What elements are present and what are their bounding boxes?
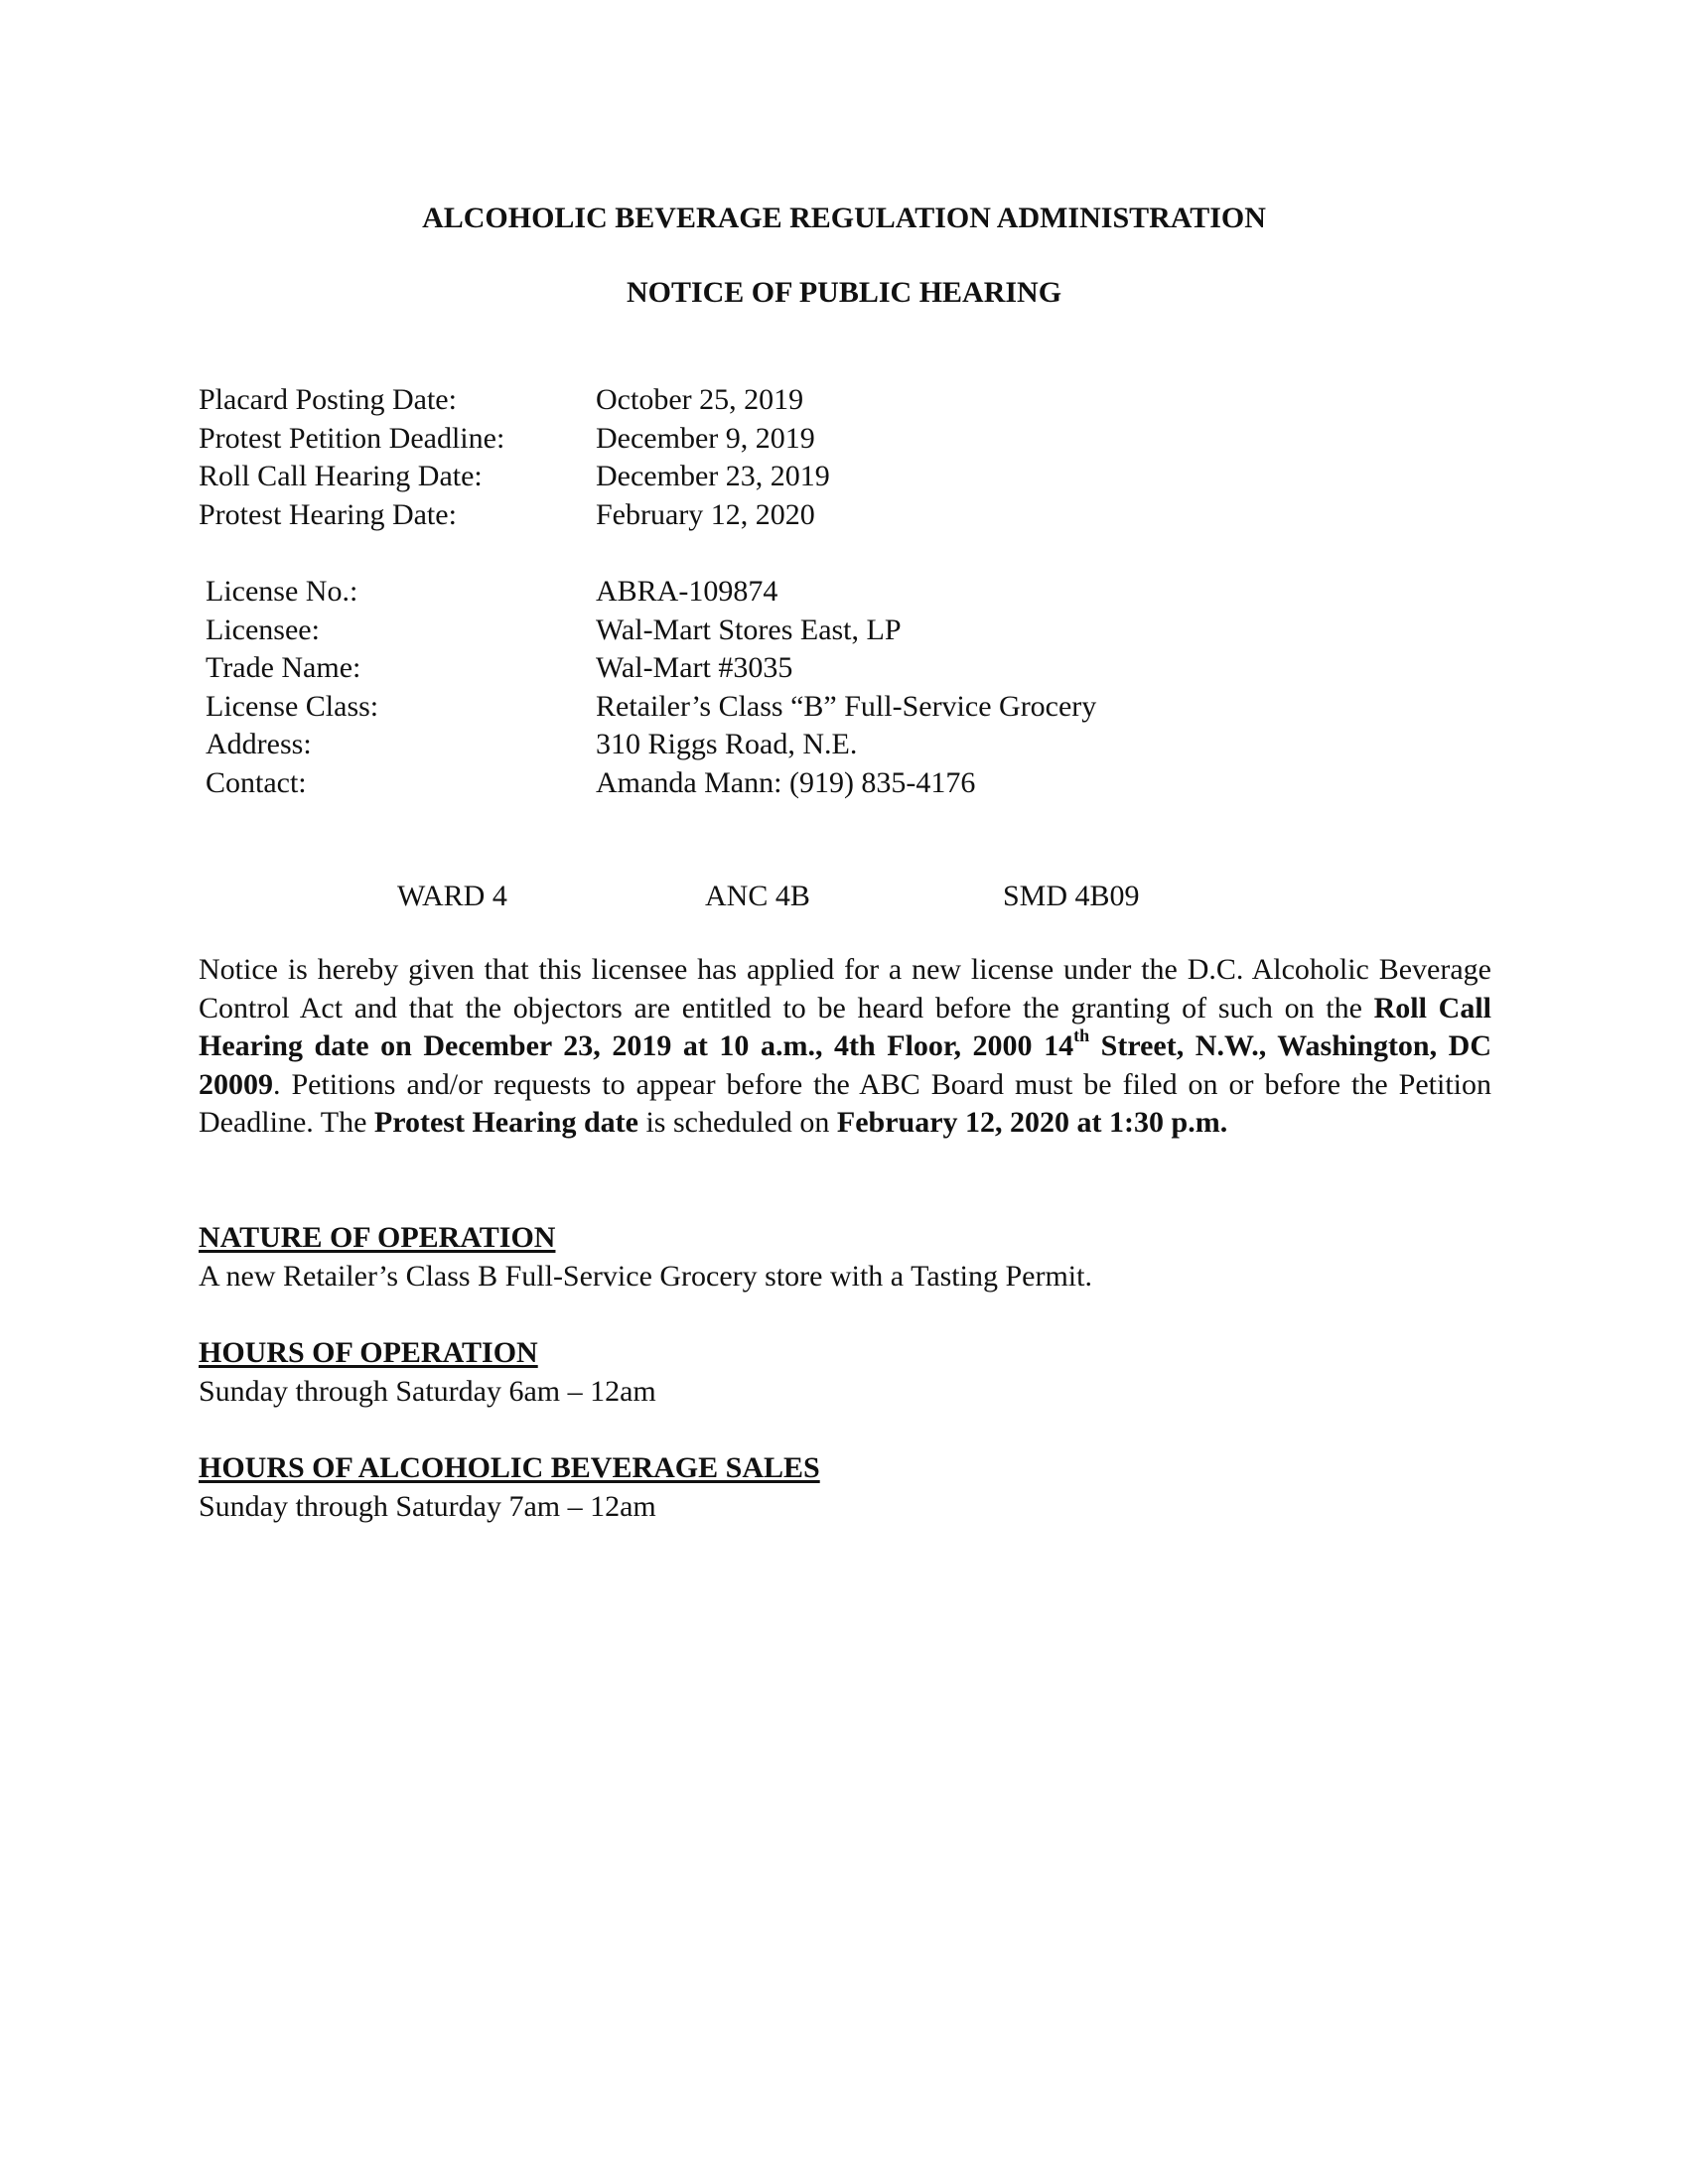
section-text: Sunday through Saturday 6am – 12am (199, 1373, 656, 1412)
ward-label: WARD 4 (397, 880, 507, 913)
section-text: A new Retailer’s Class B Full-Service Gr… (199, 1258, 1092, 1297)
hours-of-operation-section: HOURS OF OPERATION Sunday through Saturd… (199, 1334, 656, 1411)
date-value: February 12, 2020 (596, 496, 815, 535)
anc-label: ANC 4B (705, 880, 810, 913)
license-value: 310 Riggs Road, N.E. (596, 726, 857, 764)
date-value: October 25, 2019 (596, 381, 803, 420)
license-value: Wal-Mart Stores East, LP (596, 612, 902, 650)
license-label: Licensee: (206, 612, 320, 650)
license-value: ABRA-109874 (596, 573, 777, 612)
section-heading: HOURS OF OPERATION (199, 1334, 656, 1373)
date-value: December 9, 2019 (596, 420, 815, 459)
license-label: License No.: (206, 573, 357, 612)
smd-label: SMD 4B09 (1003, 880, 1140, 913)
license-value: Amanda Mann: (919) 835-4176 (596, 764, 975, 803)
protest-hearing-label: Protest Hearing date (374, 1106, 638, 1139)
date-label: Protest Hearing Date: (199, 496, 457, 535)
license-label: Address: (206, 726, 312, 764)
date-label: Placard Posting Date: (199, 381, 457, 420)
license-value: Wal-Mart #3035 (596, 649, 792, 688)
protest-hearing-datetime: February 12, 2020 at 1:30 p.m. (837, 1106, 1227, 1139)
license-value: Retailer’s Class “B” Full-Service Grocer… (596, 688, 1096, 727)
ordinal-suffix: th (1073, 1025, 1089, 1045)
alcohol-sales-hours-section: HOURS OF ALCOHOLIC BEVERAGE SALES Sunday… (199, 1449, 820, 1526)
notice-paragraph: Notice is hereby given that this license… (199, 951, 1491, 1143)
section-heading: HOURS OF ALCOHOLIC BEVERAGE SALES (199, 1449, 820, 1488)
notice-page: ALCOHOLIC BEVERAGE REGULATION ADMINISTRA… (0, 0, 1688, 2184)
agency-title: ALCOHOLIC BEVERAGE REGULATION ADMINISTRA… (0, 202, 1688, 235)
notice-text: Notice is hereby given that this license… (199, 953, 1491, 1024)
notice-text: is scheduled on (638, 1106, 837, 1139)
license-label: License Class: (206, 688, 378, 727)
notice-title: NOTICE OF PUBLIC HEARING (0, 276, 1688, 310)
section-heading: NATURE OF OPERATION (199, 1219, 1092, 1258)
license-label: Trade Name: (206, 649, 360, 688)
nature-of-operation-section: NATURE OF OPERATION A new Retailer’s Cla… (199, 1219, 1092, 1296)
date-label: Protest Petition Deadline: (199, 420, 504, 459)
license-label: Contact: (206, 764, 307, 803)
section-text: Sunday through Saturday 7am – 12am (199, 1488, 820, 1527)
date-label: Roll Call Hearing Date: (199, 458, 483, 496)
date-value: December 23, 2019 (596, 458, 830, 496)
